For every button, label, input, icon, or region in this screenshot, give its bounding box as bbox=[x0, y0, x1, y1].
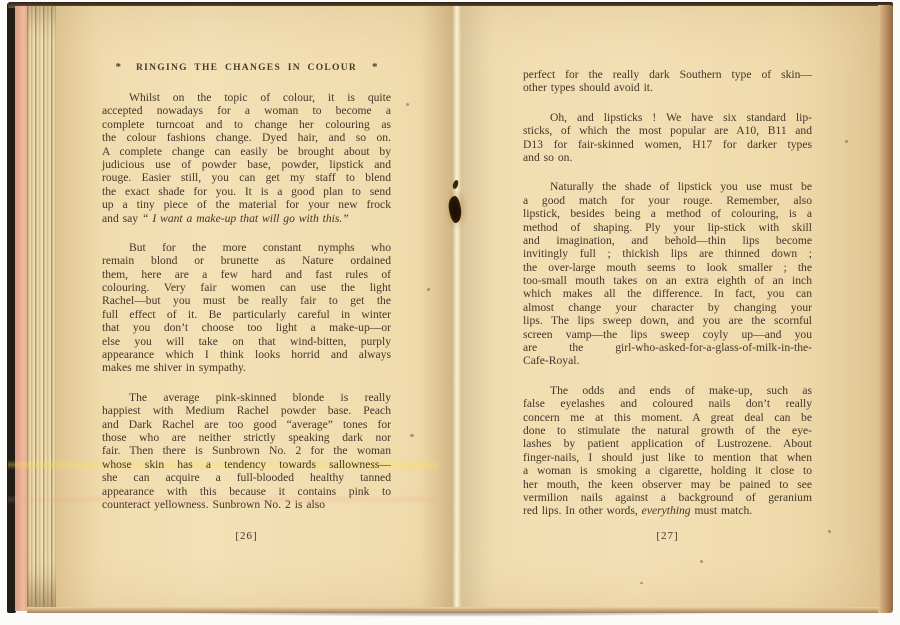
text-line: the colour fashions change. Dyed hair, a… bbox=[102, 131, 391, 144]
text-line: her mouth, the keen observer may be pain… bbox=[523, 478, 812, 491]
text-line: red lips. In other words, everything mus… bbox=[523, 504, 812, 517]
asterisk-ornament-right: * bbox=[372, 61, 378, 74]
paragraph: Naturally the shade of lipstick you use … bbox=[523, 180, 812, 367]
text-line: complete turncoat and to change her colo… bbox=[102, 118, 391, 131]
text-line: and so on. bbox=[523, 151, 812, 164]
paper-speck bbox=[406, 103, 409, 106]
paper-speck bbox=[640, 582, 643, 584]
text-line: Whilst on the topic of colour, it is qui… bbox=[102, 91, 391, 104]
text-line: them, here are a few hard and fast rules… bbox=[102, 268, 391, 281]
text-line: concern me at this moment. A great deal … bbox=[523, 411, 812, 424]
text-line: accepted nowadays for a woman to become … bbox=[102, 104, 391, 117]
text-line: method of shaping. Ply your lip-stick wi… bbox=[523, 221, 812, 234]
text-line: Cafe-Royal. bbox=[523, 354, 812, 367]
text-line: whose skin has a tendency towards sallow… bbox=[102, 458, 391, 471]
running-head: * RINGING THE CHANGES IN COLOUR * bbox=[102, 62, 391, 75]
text-line: perfect for the really dark Southern typ… bbox=[523, 68, 812, 81]
text-line: she can acquire a full-blooded healthy t… bbox=[102, 471, 391, 484]
text-line: But for the more constant nymphs who bbox=[102, 241, 391, 254]
text-line: lipstick, besides being a method of colo… bbox=[523, 207, 812, 220]
text-line: those who are neither strictly speaking … bbox=[102, 431, 391, 444]
text-line: Naturally the shade of lipstick you use … bbox=[523, 180, 812, 193]
spine-gutter-crease bbox=[452, 6, 462, 612]
text-line: Oh, and lipsticks ! We have six standard… bbox=[523, 111, 812, 124]
page-number-left: [26] bbox=[102, 530, 391, 542]
text-line: rouge. Easier still, you can get my staf… bbox=[102, 171, 391, 184]
text-line: makes me shiver in sympathy. bbox=[102, 361, 391, 374]
paragraph: Oh, and lipsticks ! We have six standard… bbox=[523, 111, 812, 165]
page-number-right: [27] bbox=[523, 530, 812, 542]
text-line: finger-nails, I should just like to ment… bbox=[523, 451, 812, 464]
text-line: full effect of it. Be particularly caref… bbox=[102, 308, 391, 321]
text-line: A complete change can easily be brought … bbox=[102, 145, 391, 158]
text-line: invitingly full ; thickish lips are thin… bbox=[523, 247, 812, 260]
text-line: a woman is smoking a cigarette, holding … bbox=[523, 464, 812, 477]
text-line: Rachel—but you must be really fair to ge… bbox=[102, 294, 391, 307]
text-line: and say “ I want a make-up that will go … bbox=[102, 212, 391, 225]
text-line: almost change your character by changing… bbox=[523, 301, 812, 314]
text-line: which makes all the difference. In fact,… bbox=[523, 287, 812, 300]
paper-speck bbox=[410, 434, 414, 437]
text-line: up a tiny piece of the material for your… bbox=[102, 198, 391, 211]
left-page-text-block: * RINGING THE CHANGES IN COLOUR * Whilst… bbox=[102, 62, 391, 511]
text-line: else you will take on that wind-bitten, … bbox=[102, 335, 391, 348]
text-line: are the girl-who-asked-for-a-glass-of-mi… bbox=[523, 341, 812, 354]
text-line: remain blond or brunette as Nature ordai… bbox=[102, 254, 391, 267]
text-line: lips. The lips sweep down, and you are t… bbox=[523, 314, 812, 327]
text-line: happiest with Medium Rachel powder base.… bbox=[102, 404, 391, 417]
text-line: other types should avoid it. bbox=[523, 81, 812, 94]
paper-speck bbox=[845, 140, 848, 143]
text-line: colouring. Very fair women can use the l… bbox=[102, 281, 391, 294]
text-line: and Dark Rachel are too good “average” t… bbox=[102, 418, 391, 431]
text-line: The odds and ends of make-up, such as bbox=[523, 384, 812, 397]
text-line: The average pink-skinned blonde is reall… bbox=[102, 391, 391, 404]
running-head-title: RINGING THE CHANGES IN COLOUR bbox=[136, 62, 357, 75]
text-line: too-small mouth takes on an extra eighth… bbox=[523, 274, 812, 287]
text-line: counteract yellowness. Sunbrown No. 2 is… bbox=[102, 498, 391, 511]
paper-speck bbox=[700, 560, 703, 563]
text-line: that you don’t choose too light a make-u… bbox=[102, 321, 391, 334]
paragraph: The odds and ends of make-up, such asfal… bbox=[523, 384, 812, 518]
book-pink-fore-edge bbox=[15, 6, 27, 611]
right-page-paragraphs: perfect for the really dark Southern typ… bbox=[523, 68, 812, 518]
text-line: and imagination, and behold—thin lips be… bbox=[523, 234, 812, 247]
text-line: appearance with this because it contains… bbox=[102, 485, 391, 498]
paper-speck bbox=[828, 530, 831, 533]
paragraph: The average pink-skinned blonde is reall… bbox=[102, 391, 391, 512]
asterisk-ornament-left: * bbox=[115, 61, 121, 74]
text-line: sticks, of which the most popular are A1… bbox=[523, 124, 812, 137]
text-line: false eyelashes and coloured nails don’t… bbox=[523, 397, 812, 410]
left-page-paragraphs: Whilst on the topic of colour, it is qui… bbox=[102, 91, 391, 511]
text-line: done to stimulate the natural growth of … bbox=[523, 424, 812, 437]
text-line: D13 for fair-skinned women, H17 for dark… bbox=[523, 138, 812, 151]
text-line: the exact shade for you. It is a good pl… bbox=[102, 185, 391, 198]
book-bottom-page-edge bbox=[27, 607, 878, 613]
gutter-shadow-left bbox=[420, 6, 452, 612]
text-line: appearance which I think looks horrid an… bbox=[102, 348, 391, 361]
text-line: vermilion nails against a background of … bbox=[523, 491, 812, 504]
text-line: fair. Then there is Sunbrown No. 2 for t… bbox=[102, 444, 391, 457]
text-line: screen vamp—the lips sweep coyly up—and … bbox=[523, 328, 812, 341]
paragraph: Whilst on the topic of colour, it is qui… bbox=[102, 91, 391, 225]
book-page-fore-edges bbox=[27, 6, 57, 611]
book-right-edge bbox=[878, 5, 893, 613]
paper-speck bbox=[427, 288, 430, 291]
right-page-text-block: perfect for the really dark Southern typ… bbox=[523, 68, 812, 518]
text-line: judicious use of powder base, powder, li… bbox=[102, 158, 391, 171]
paragraph: perfect for the really dark Southern typ… bbox=[523, 68, 812, 95]
gutter-shadow-right bbox=[462, 6, 492, 612]
text-line: lashes by patient application of Lustroz… bbox=[523, 437, 812, 450]
paragraph: But for the more constant nymphs whorema… bbox=[102, 241, 391, 375]
text-line: the over-large mouth seems to look small… bbox=[523, 261, 812, 274]
text-line: a good match for your rouge. Remember, a… bbox=[523, 194, 812, 207]
